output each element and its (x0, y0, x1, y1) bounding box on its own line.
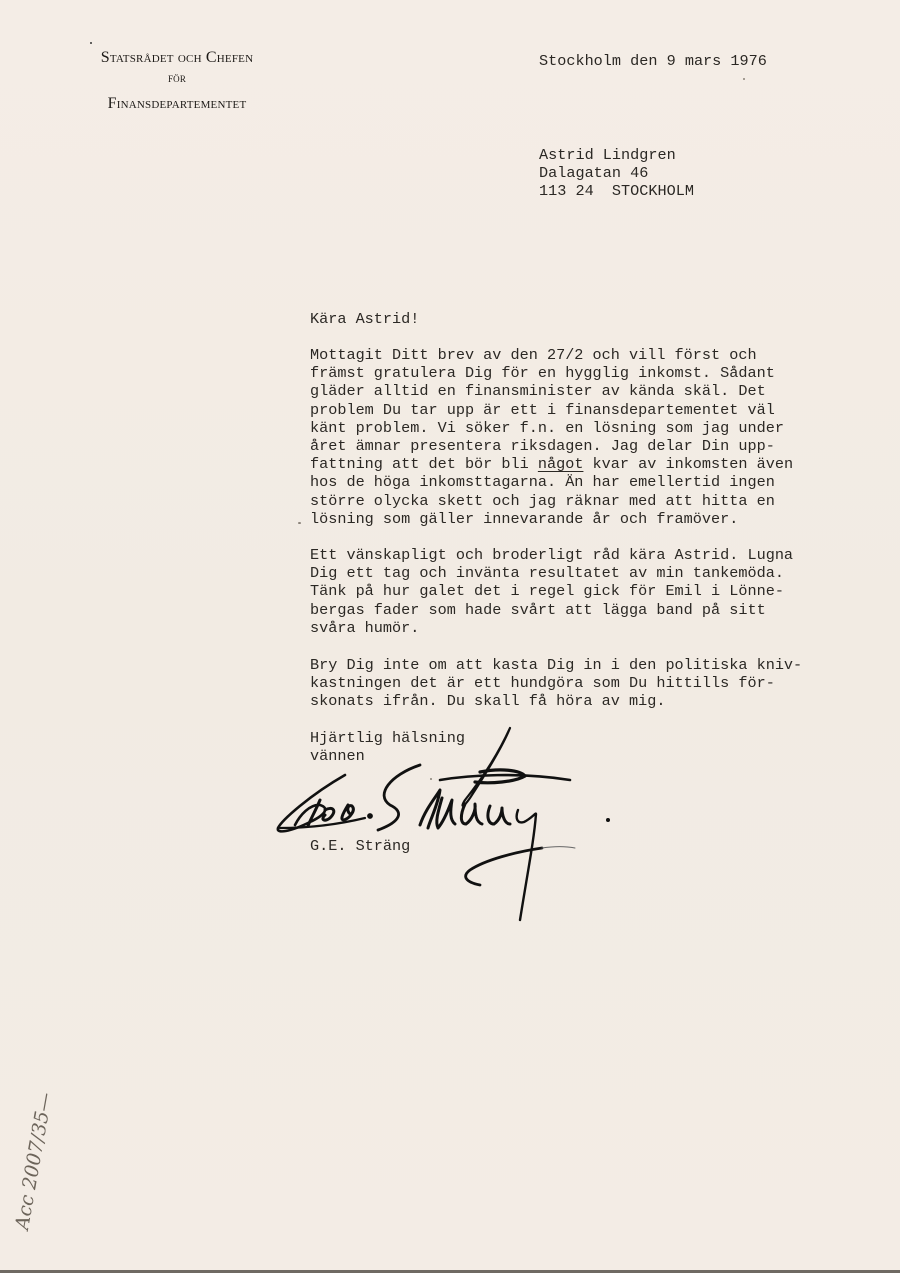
salutation: Kära Astrid! (310, 310, 419, 328)
paragraph-line: Tänk på hur galet det i regel gick för E… (310, 582, 784, 600)
letterhead-connector: för (62, 70, 292, 86)
paragraph-line: känt problem. Vi söker f.n. en lösning s… (310, 419, 784, 437)
paper-speck (743, 78, 745, 80)
letterhead: Statsrådet och Chefen för Finansdepartem… (62, 48, 292, 114)
underlined-word: något (538, 455, 584, 473)
recipient-postal: 113 24 STOCKHOLM (539, 182, 694, 200)
paragraph-line-part: kvar av inkomsten även (583, 455, 793, 473)
paragraph-line: kastningen det är ett hundgöra som Du hi… (310, 674, 775, 692)
paper-speck (298, 522, 301, 524)
paragraph-line: större olycka skett och jag räknar med a… (310, 492, 775, 510)
paragraph-line: bergas fader som hade svårt att lägga ba… (310, 601, 766, 619)
paragraph-line: skonats ifrån. Du skall få höra av mig. (310, 692, 665, 710)
paragraph-1: Mottagit Ditt brev av den 27/2 och vill … (310, 346, 793, 528)
paragraph-line: Ett vänskapligt och broderligt råd kära … (310, 546, 793, 564)
letterhead-dot (90, 42, 92, 44)
archive-reference: Acc 2007/35— (8, 1070, 61, 1251)
paragraph-2: Ett vänskapligt och broderligt råd kära … (310, 546, 793, 637)
letterhead-title: Statsrådet och Chefen (62, 48, 292, 68)
dateline: Stockholm den 9 mars 1976 (539, 52, 767, 70)
closing-greeting: Hjärtlig hälsning (310, 729, 465, 747)
recipient-street: Dalagatan 46 (539, 164, 648, 182)
closing-valediction: vännen (310, 747, 365, 765)
paragraph-line: svåra humör. (310, 619, 419, 637)
paragraph-line: Bry Dig inte om att kasta Dig in i den p… (310, 656, 802, 674)
paragraph-line-part: fattning att det bör bli (310, 455, 538, 473)
paper-speck (430, 778, 432, 780)
paragraph-3: Bry Dig inte om att kasta Dig in i den p… (310, 656, 802, 711)
paragraph-line: hos de höga inkomsttagarna. Än har emell… (310, 473, 775, 491)
letterhead-department: Finansdepartementet (62, 94, 292, 114)
paragraph-line: främst gratulera Dig för en hygglig inko… (310, 364, 775, 382)
letter-page: Statsrådet och Chefen för Finansdepartem… (0, 0, 900, 1273)
recipient-name: Astrid Lindgren (539, 146, 676, 164)
paragraph-line: gläder alltid en finansminister av kända… (310, 382, 766, 400)
paragraph-line: Dig ett tag och invänta resultatet av mi… (310, 564, 784, 582)
typed-signatory-name: G.E. Sträng (310, 837, 410, 855)
recipient-address: Astrid Lindgren Dalagatan 46 113 24 STOC… (539, 146, 694, 201)
paragraph-line: Mottagit Ditt brev av den 27/2 och vill … (310, 346, 757, 364)
paragraph-line: problem Du tar upp är ett i finansdepart… (310, 401, 775, 419)
closing: Hjärtlig hälsning vännen (310, 729, 465, 765)
paragraph-line: lösning som gäller innevarande år och fr… (310, 510, 738, 528)
paragraph-line: året ämnar presentera riksdagen. Jag del… (310, 437, 775, 455)
